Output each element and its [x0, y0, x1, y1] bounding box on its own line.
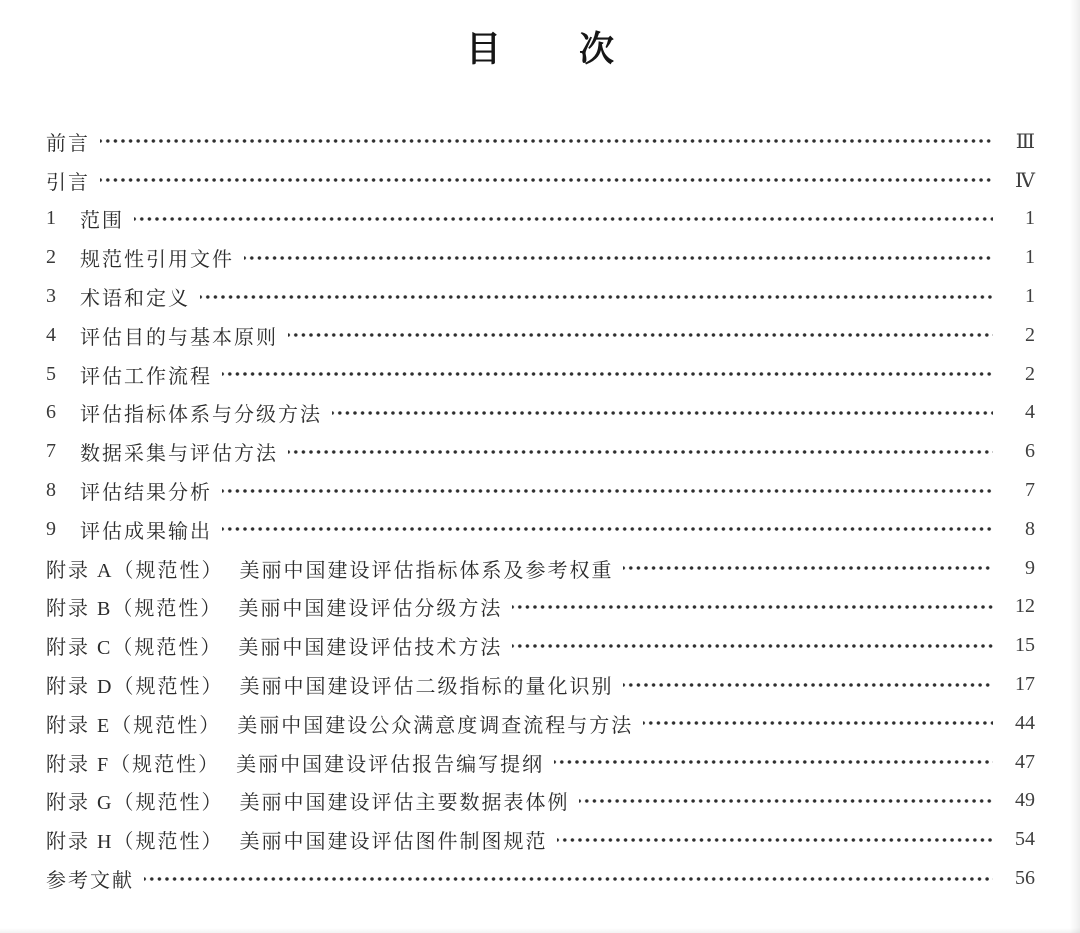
- toc-entry: 参考文献 56: [46, 859, 1035, 898]
- toc-entry-number: 4: [46, 324, 80, 347]
- toc-entry-title: 数据采集与评估方法: [80, 437, 278, 466]
- page-title: 目 次: [0, 24, 1080, 70]
- page-title-char-1: 目: [466, 22, 501, 72]
- toc-entry-number: 8: [46, 479, 80, 502]
- toc-entry-number: 附录 A（规范性）: [46, 554, 223, 583]
- toc-entry-title: 评估成果输出: [80, 515, 212, 544]
- dot-leader: [332, 402, 993, 424]
- toc-entry-title: 前言: [46, 127, 90, 156]
- dot-leader: [623, 557, 993, 579]
- toc-entry: 2 规范性引用文件 1: [46, 238, 1035, 277]
- dot-leader: [100, 169, 993, 191]
- toc-entry-title: 美丽中国建设评估报告编写提纲: [236, 748, 544, 777]
- dot-leader: [288, 324, 993, 346]
- toc-entry-title: 评估目的与基本原则: [80, 321, 278, 350]
- dot-leader: [623, 674, 993, 696]
- dot-leader: [643, 712, 993, 734]
- dot-leader: [288, 441, 993, 463]
- toc-entry-page: 1: [999, 207, 1035, 230]
- toc-entry: 附录 D（规范性） 美丽中国建设评估二级指标的量化识别 17: [46, 665, 1035, 704]
- toc-entry-title: 美丽中国建设评估技术方法: [238, 631, 502, 660]
- toc-entry-page: 17: [999, 673, 1035, 696]
- toc-entry-page: 7: [999, 479, 1035, 502]
- toc-entry-title: 美丽中国建设评估二级指标的量化识别: [239, 670, 613, 699]
- toc-entry-page: 12: [999, 595, 1035, 618]
- dot-leader: [222, 480, 993, 502]
- toc-entry-page: 2: [999, 324, 1035, 347]
- page-scan-edge-bottom: [0, 928, 1080, 933]
- toc-entry: 4 评估目的与基本原则 2: [46, 316, 1035, 355]
- toc-entry-page: 2: [999, 363, 1035, 386]
- toc-entry-number: 7: [46, 440, 80, 463]
- toc-entry-number: 6: [46, 401, 80, 424]
- toc-entry: 3 术语和定义 1: [46, 277, 1035, 316]
- toc-entry-page: 1: [999, 246, 1035, 269]
- toc-entry-title: 美丽中国建设公众满意度调查流程与方法: [237, 709, 633, 738]
- toc-entry: 9 评估成果输出 8: [46, 510, 1035, 549]
- dot-leader: [144, 868, 993, 890]
- page-title-char-2: 次: [579, 22, 614, 72]
- dot-leader: [134, 208, 993, 230]
- toc-list: 前言 Ⅲ 引言 Ⅳ 1 范围 1 2 规范性引用文件 1 3 术语和定义 1 4…: [0, 122, 1080, 898]
- toc-entry-page: 54: [999, 828, 1035, 851]
- toc-entry-title: 评估工作流程: [80, 360, 212, 389]
- toc-entry-title: 美丽中国建设评估指标体系及参考权重: [239, 554, 613, 583]
- toc-entry-number: 附录 F（规范性）: [46, 748, 220, 777]
- dot-leader: [100, 130, 993, 152]
- toc-entry-title: 参考文献: [46, 864, 134, 893]
- toc-entry-title: 引言: [46, 166, 90, 195]
- toc-entry-page: 47: [999, 751, 1035, 774]
- toc-entry-title: 规范性引用文件: [80, 243, 234, 272]
- toc-entry-number: 附录 G（规范性）: [46, 786, 223, 815]
- toc-entry-number: 5: [46, 363, 80, 386]
- toc-entry: 附录 A（规范性） 美丽中国建设评估指标体系及参考权重 9: [46, 549, 1035, 588]
- toc-entry-page: 9: [999, 557, 1035, 580]
- toc-entry-page: 8: [999, 518, 1035, 541]
- toc-entry-number: 3: [46, 285, 80, 308]
- toc-entry-number: 附录 H（规范性）: [46, 825, 223, 854]
- toc-entry-title: 评估结果分析: [80, 476, 212, 505]
- toc-entry-title: 范围: [80, 204, 124, 233]
- dot-leader: [512, 596, 993, 618]
- toc-entry-number: 附录 D（规范性）: [46, 670, 223, 699]
- toc-entry: 7 数据采集与评估方法 6: [46, 432, 1035, 471]
- toc-entry: 前言 Ⅲ: [46, 122, 1035, 161]
- toc-entry-number: 附录 E（规范性）: [46, 709, 221, 738]
- toc-entry-number: 9: [46, 518, 80, 541]
- toc-entry-number: 附录 B（规范性）: [46, 592, 222, 621]
- toc-entry: 5 评估工作流程 2: [46, 355, 1035, 394]
- toc-entry-page: 44: [999, 712, 1035, 735]
- toc-entry: 附录 B（规范性） 美丽中国建设评估分级方法 12: [46, 588, 1035, 627]
- dot-leader: [557, 829, 993, 851]
- dot-leader: [579, 790, 993, 812]
- toc-entry-page: 6: [999, 440, 1035, 463]
- toc-entry: 附录 C（规范性） 美丽中国建设评估技术方法 15: [46, 626, 1035, 665]
- toc-entry: 1 范围 1: [46, 200, 1035, 239]
- toc-entry-title: 美丽中国建设评估主要数据表体例: [239, 786, 569, 815]
- toc-entry-page: 4: [999, 401, 1035, 424]
- toc-entry-page: 1: [999, 285, 1035, 308]
- toc-entry: 附录 H（规范性） 美丽中国建设评估图件制图规范 54: [46, 820, 1035, 859]
- toc-entry: 附录 E（规范性） 美丽中国建设公众满意度调查流程与方法 44: [46, 704, 1035, 743]
- dot-leader: [512, 635, 993, 657]
- toc-entry: 附录 F（规范性） 美丽中国建设评估报告编写提纲 47: [46, 743, 1035, 782]
- toc-entry-title: 美丽中国建设评估图件制图规范: [239, 825, 547, 854]
- toc-entry-title: 术语和定义: [80, 282, 190, 311]
- toc-entry: 8 评估结果分析 7: [46, 471, 1035, 510]
- toc-entry-title: 美丽中国建设评估分级方法: [238, 592, 502, 621]
- dot-leader: [222, 363, 993, 385]
- toc-entry-number: 附录 C（规范性）: [46, 631, 222, 660]
- toc-entry-page: 49: [999, 789, 1035, 812]
- toc-entry-page: 56: [999, 867, 1035, 890]
- toc-entry: 6 评估指标体系与分级方法 4: [46, 394, 1035, 433]
- dot-leader: [554, 751, 993, 773]
- toc-entry: 引言 Ⅳ: [46, 161, 1035, 200]
- toc-entry: 附录 G（规范性） 美丽中国建设评估主要数据表体例 49: [46, 782, 1035, 821]
- dot-leader: [244, 247, 993, 269]
- toc-entry-number: 2: [46, 246, 80, 269]
- toc-entry-number: 1: [46, 207, 80, 230]
- toc-entry-page: 15: [999, 634, 1035, 657]
- dot-leader: [200, 286, 993, 308]
- toc-entry-title: 评估指标体系与分级方法: [80, 398, 322, 427]
- toc-entry-page: Ⅲ: [999, 129, 1035, 154]
- dot-leader: [222, 518, 993, 540]
- toc-entry-page: Ⅳ: [999, 168, 1035, 193]
